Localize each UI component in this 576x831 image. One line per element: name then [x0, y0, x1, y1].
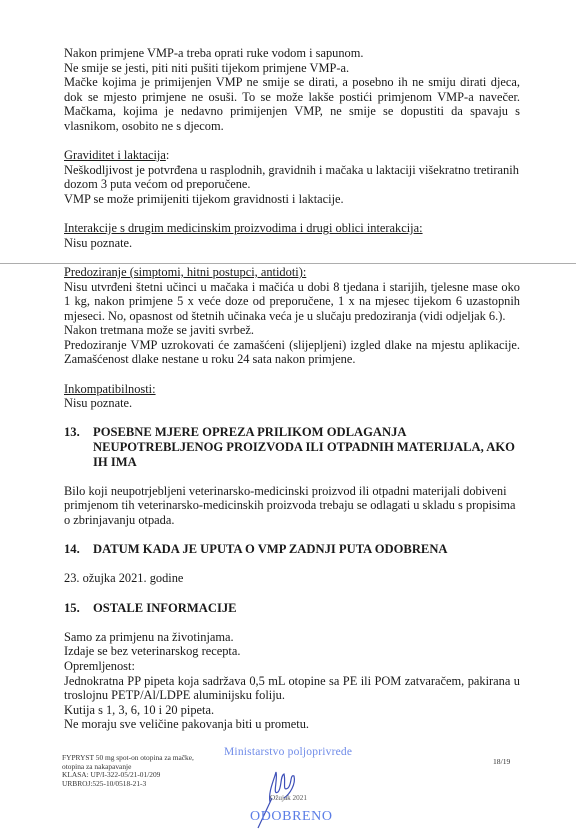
section-15-title: OSTALE INFORMACIJE	[93, 601, 520, 616]
section-13-heading: 13. POSEBNE MJERE OPREZA PRILIKOM ODLAGA…	[64, 425, 520, 469]
overdose-paragraph-1: Nisu utvrđeni štetni učinci u mačaka i m…	[64, 280, 520, 324]
incompatibilities-text: Nisu poznate.	[64, 396, 520, 411]
section-15-heading: 15. OSTALE INFORMACIJE	[64, 601, 520, 616]
incompatibilities-heading: Inkompatibilnosti:	[64, 382, 520, 397]
section-13-text: Bilo koji neupotrjebljeni veterinarsko-m…	[64, 484, 520, 528]
section-15-line-3: Opremljenost:	[64, 659, 520, 674]
section-14-text: 23. ožujka 2021. godine	[64, 571, 520, 586]
interactions-text: Nisu poznate.	[64, 236, 520, 251]
footer-product-info: FYPRYST 50 mg spot-on otopina za mačke, …	[62, 754, 232, 788]
interactions-heading: Interakcije s drugim medicinskim proizvo…	[64, 221, 520, 236]
section-14-title: DATUM KADA JE UPUTA O VMP ZADNJI PUTA OD…	[93, 542, 520, 557]
overdose-paragraph-3: Predoziranje VMP uzrokovati će zamašćeni…	[64, 338, 520, 367]
section-15-line-6: Ne moraju sve veličine pakovanja biti u …	[64, 717, 520, 732]
pregnancy-text-2: VMP se može primijeniti tijekom gravidno…	[64, 192, 520, 207]
section-15-number: 15.	[64, 601, 93, 616]
intro-paragraph: Mačke kojima je primijenjen VMP ne smije…	[64, 75, 520, 133]
section-15-line-4: Jednokratna PP pipeta koja sadržava 0,5 …	[64, 674, 520, 703]
stamp-approved: ODOBRENO	[250, 809, 333, 825]
intro-line-2: Ne smije se jesti, piti niti pušiti tije…	[64, 61, 520, 76]
section-14-heading: 14. DATUM KADA JE UPUTA O VMP ZADNJI PUT…	[64, 542, 520, 557]
section-14-number: 14.	[64, 542, 93, 557]
document-body: Nakon primjene VMP-a treba oprati ruke v…	[64, 46, 520, 732]
footer-line-4: URBROJ:525-10/0518-21-3	[62, 780, 232, 789]
page-number: 18/19	[493, 757, 510, 766]
intro-line-1: Nakon primjene VMP-a treba oprati ruke v…	[64, 46, 520, 61]
overdose-line-2: Nakon tretmana može se javiti svrbež.	[64, 323, 520, 338]
stamp-date: Ožujak 2021	[270, 794, 307, 802]
section-13-title: POSEBNE MJERE OPREZA PRILIKOM ODLAGANJA …	[93, 425, 520, 469]
section-15-line-2: Izdaje se bez veterinarskog recepta.	[64, 644, 520, 659]
section-15-line-1: Samo za primjenu na životinjama.	[64, 630, 520, 645]
stamp-ministry-label: Ministarstvo poljoprivrede	[224, 746, 352, 758]
overdose-heading: Predoziranje (simptomi, hitni postupci, …	[64, 265, 520, 280]
section-13-number: 13.	[64, 425, 93, 469]
pregnancy-text-1: Neškodljivost je potvrđena u rasplodnih,…	[64, 163, 520, 192]
section-15-line-5: Kutija s 1, 3, 6, 10 i 20 pipeta.	[64, 703, 520, 718]
pregnancy-heading: Graviditet i laktacija:	[64, 148, 520, 163]
